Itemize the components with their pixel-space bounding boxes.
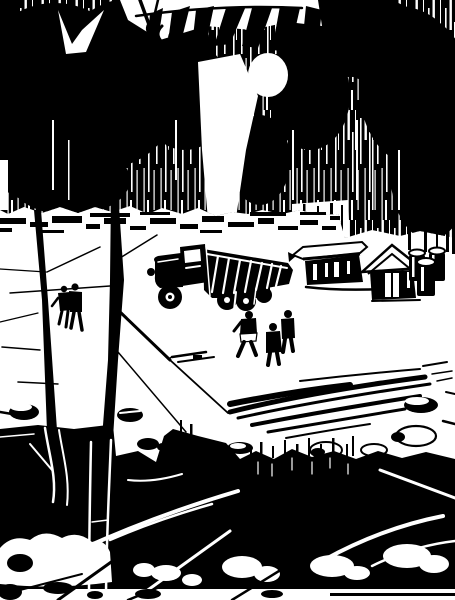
person-torso	[240, 318, 257, 334]
person-head	[61, 286, 67, 292]
person-head	[71, 283, 78, 290]
truck-windshield	[184, 249, 201, 263]
truck-rear-wheel	[256, 287, 272, 303]
barrel	[417, 258, 435, 296]
truck-nose	[147, 268, 155, 276]
person-head	[269, 323, 277, 331]
illustration-canvas	[0, 0, 455, 600]
person-head	[284, 310, 292, 318]
person-head	[245, 311, 253, 319]
truck-hood	[154, 253, 183, 288]
person-torso	[266, 331, 282, 353]
illustration-page	[0, 0, 455, 600]
person-torso	[281, 318, 295, 339]
hut-ground-shadow	[372, 300, 420, 301]
person-body	[69, 291, 82, 312]
